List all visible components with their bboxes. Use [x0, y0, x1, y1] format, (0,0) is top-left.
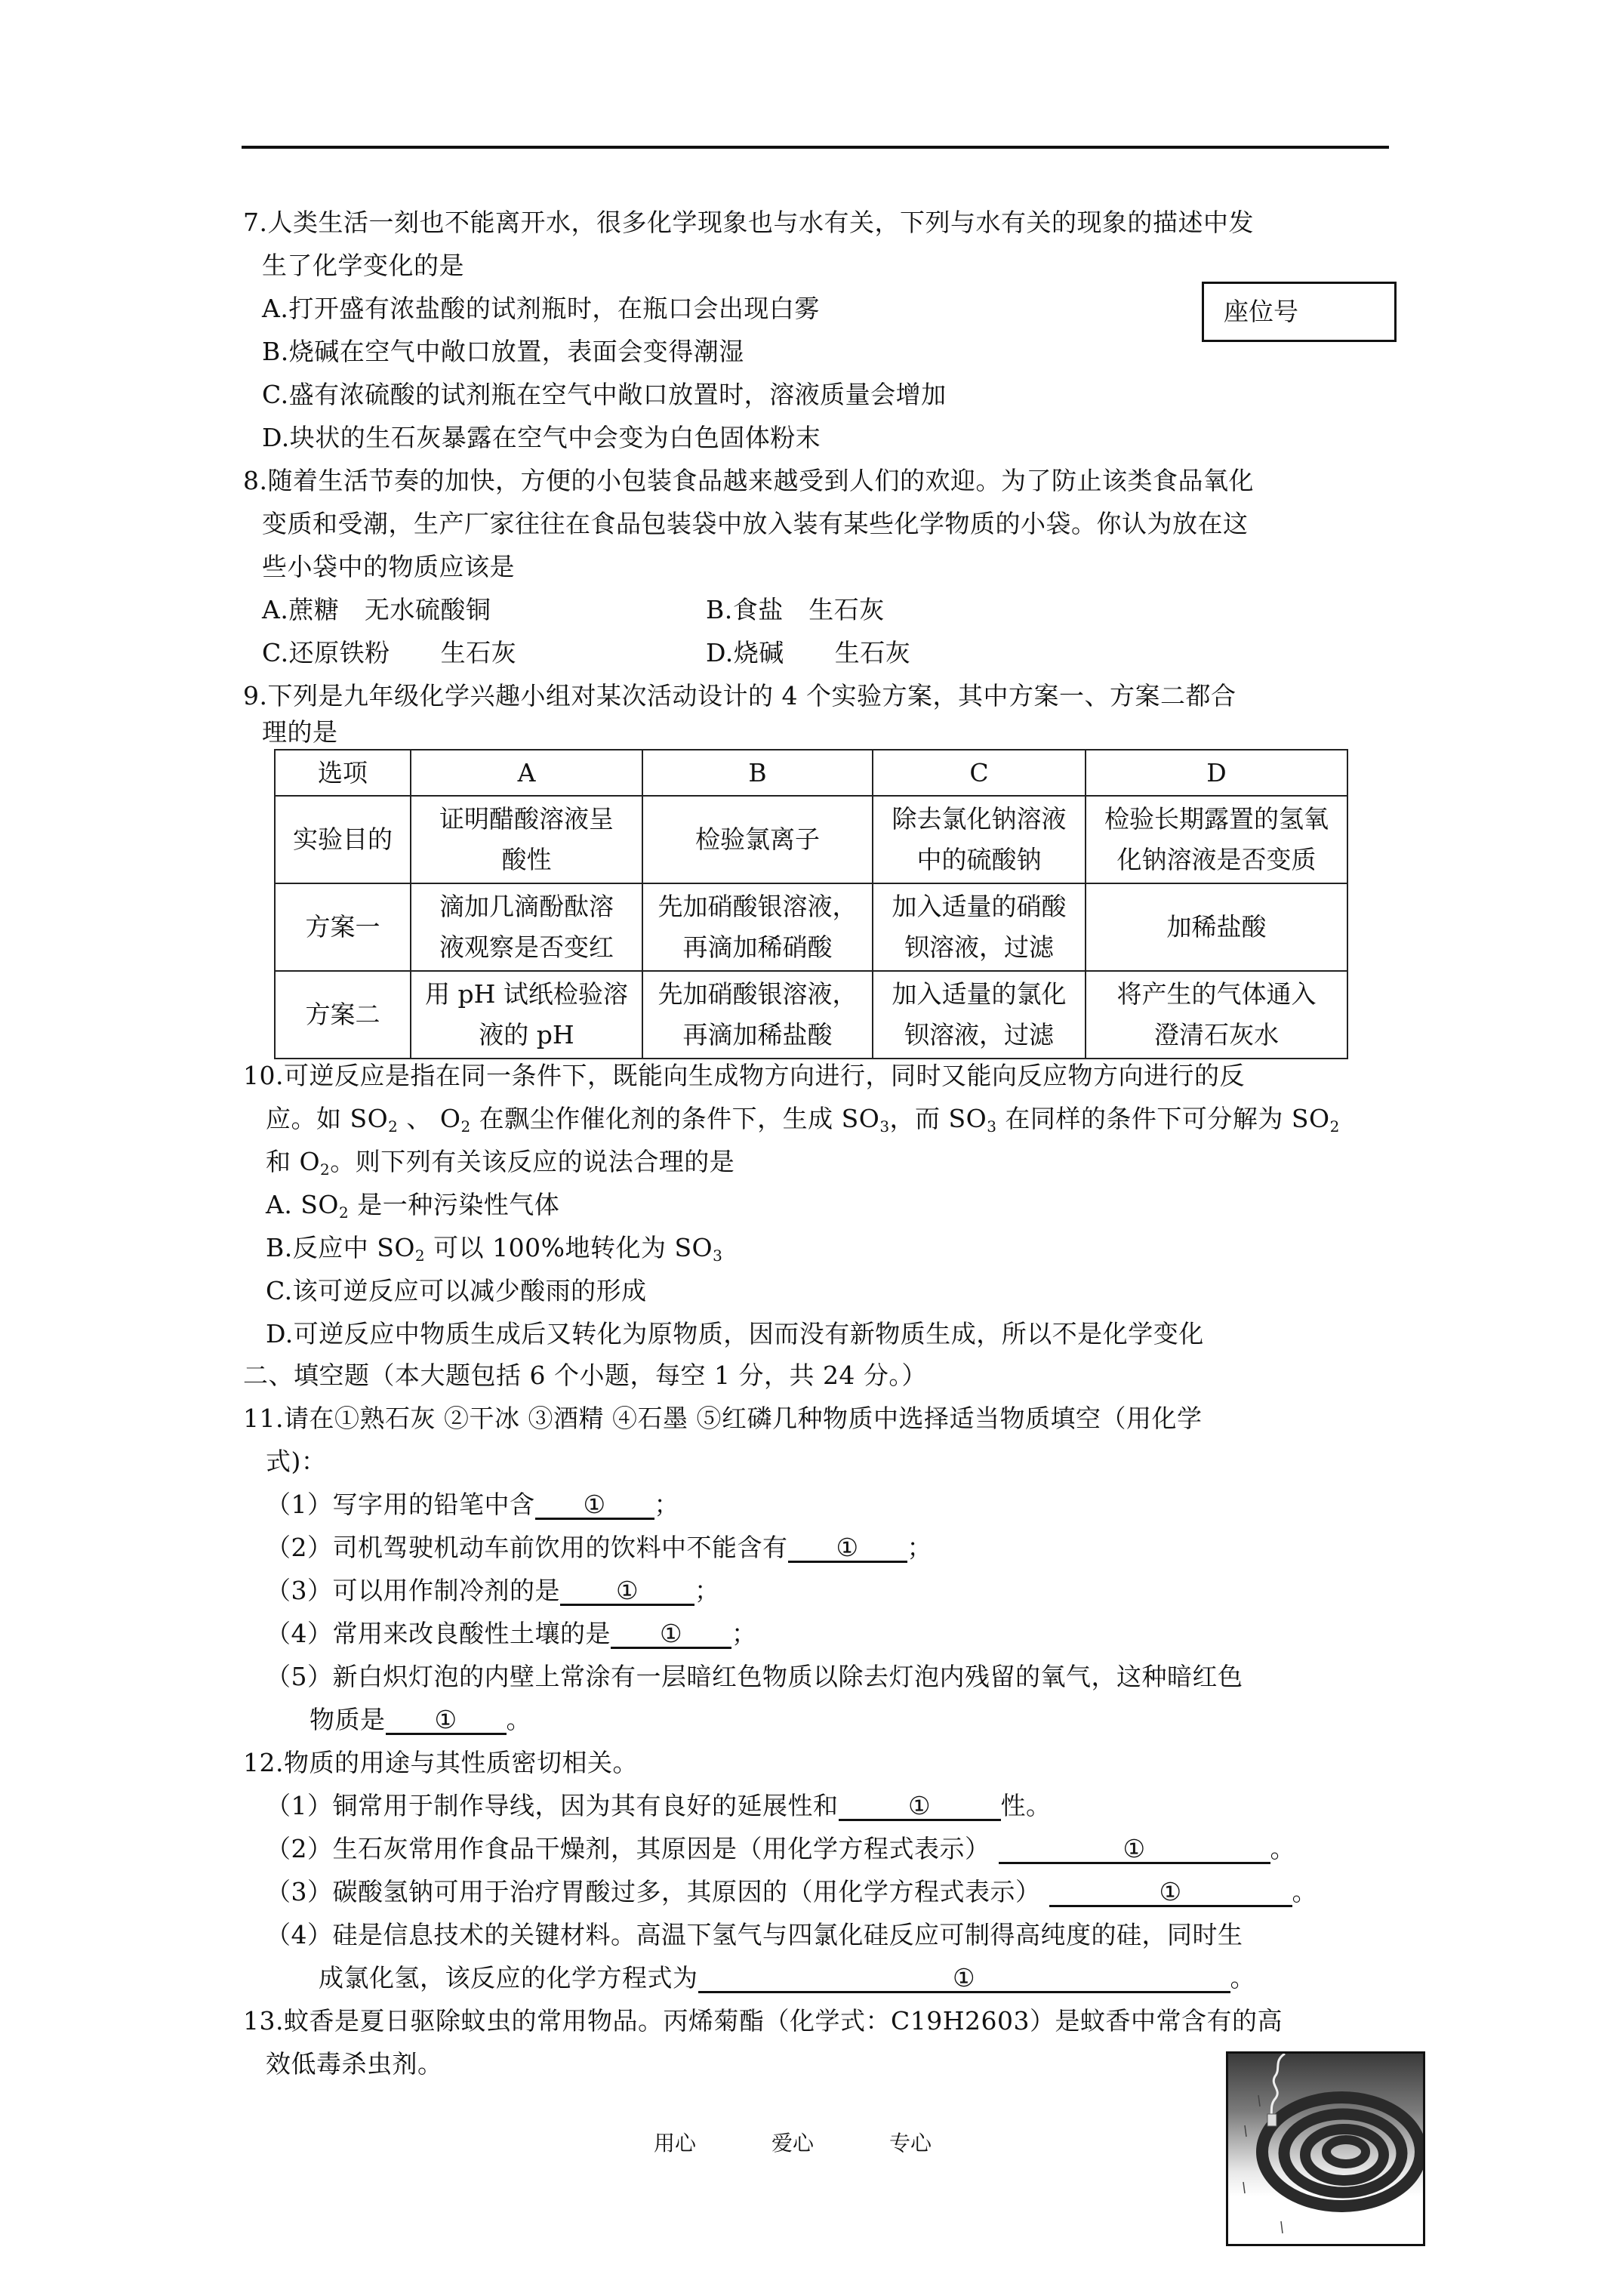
- subscript: 3: [987, 1117, 996, 1136]
- cell-line: 钡溶液，过滤: [875, 927, 1083, 968]
- table-cell: 滴加几滴酚酞溶液观察是否变红: [411, 883, 642, 971]
- q7-option-a: A.打开盛有浓盐酸的试剂瓶时，在瓶口会出现白雾: [262, 294, 820, 324]
- q10-stem-line3: 和 O2。则下列有关该反应的说法合理的是: [266, 1147, 735, 1177]
- blank-mark: ①: [616, 1578, 639, 1604]
- subscript: 2: [1330, 1117, 1340, 1136]
- cell-line: 加入适量的氯化: [875, 974, 1083, 1015]
- q8-option-b: B.食盐 生石灰: [706, 595, 885, 625]
- q11-stem-line2: 式)：: [266, 1447, 326, 1477]
- row-label: 实验目的: [275, 796, 411, 883]
- cell-line: 证明醋酸溶液呈: [413, 799, 640, 840]
- blank-mark: ①: [953, 1965, 975, 1991]
- q12-item-2: （2）生石灰常用作食品干燥剂，其原因是（用化学方程式表示） ①。: [266, 1834, 1295, 1864]
- answer-blank[interactable]: ①: [611, 1621, 731, 1649]
- text-run: 。则下列有关该反应的说法合理的是: [330, 1147, 735, 1176]
- q12-item-4: （4）硅是信息技术的关键材料。高温下氢气与四氯化硅反应可制得高纯度的硅，同时生: [266, 1920, 1243, 1950]
- table-header-cell: D: [1086, 750, 1347, 796]
- table-header-row: 选项 A B C D: [275, 750, 1347, 796]
- q12-stem: 12.物质的用途与其性质密切相关。: [243, 1748, 638, 1778]
- table-header-cell: B: [642, 750, 873, 796]
- footer-item: 爱心: [771, 2131, 814, 2156]
- table-header-cell: A: [411, 750, 642, 796]
- q7-option-c: C.盛有浓硫酸的试剂瓶在空气中敞口放置时，溶液质量会增加: [262, 380, 947, 410]
- cell-line: 液观察是否变红: [413, 927, 640, 968]
- seat-number-box: 座位号: [1202, 282, 1397, 342]
- item-suffix: ；: [731, 1619, 757, 1648]
- table-row: 方案二 用 pH 试纸检验溶液的 pH 先加硝酸银溶液，再滴加稀盐酸 加入适量的…: [275, 971, 1347, 1059]
- section2-title: 二、填空题（本大题包括 6 个小题，每空 1 分，共 24 分。）: [243, 1361, 927, 1391]
- answer-blank[interactable]: ①: [1049, 1879, 1292, 1907]
- table-row: 实验目的 证明醋酸溶液呈酸性 检验氯离子 除去氯化钠溶液中的硫酸钠 检验长期露置…: [275, 796, 1347, 883]
- q11-item-4: （4）常用来改良酸性土壤的是①；: [266, 1619, 757, 1649]
- blank-mark: ①: [908, 1793, 931, 1819]
- table-cell: 先加硝酸银溶液，再滴加稀盐酸: [642, 971, 873, 1059]
- item-text: （5）新白炽灯泡的内壁上常涂有一层暗红色物质以除去灯泡内残留的氧气，这种暗红色: [266, 1662, 1243, 1691]
- table-cell: 除去氯化钠溶液中的硫酸钠: [873, 796, 1086, 883]
- subscript: 2: [339, 1203, 349, 1222]
- item-text: （2）司机驾驶机动车前饮用的饮料中不能含有: [266, 1533, 788, 1562]
- q11-item-1: （1）写字用的铅笔中含①；: [266, 1490, 679, 1520]
- table-cell: 检验长期露置的氢氧化钠溶液是否变质: [1086, 796, 1347, 883]
- q12-item-1: （1）铜常用于制作导线，因为其有良好的延展性和①性。: [266, 1791, 1052, 1821]
- answer-blank[interactable]: ①: [698, 1965, 1230, 1993]
- table-cell: 证明醋酸溶液呈酸性: [411, 796, 642, 883]
- q11-item-5: （5）新白炽灯泡的内壁上常涂有一层暗红色物质以除去灯泡内残留的氧气，这种暗红色: [266, 1662, 1243, 1692]
- q11-item-5-cont: 物质是①。: [310, 1705, 531, 1735]
- text-run: 、 O: [398, 1104, 460, 1133]
- blank-mark: ①: [1123, 1836, 1145, 1862]
- q10-option-c: C.该可逆反应可以减少酸雨的形成: [266, 1276, 647, 1306]
- item-suffix: ；: [907, 1533, 933, 1562]
- text-run: A. SO: [266, 1190, 339, 1219]
- blank-mark: ①: [583, 1492, 605, 1518]
- item-text: （4）常用来改良酸性土壤的是: [266, 1619, 611, 1648]
- table-cell: 用 pH 试纸检验溶液的 pH: [411, 971, 642, 1059]
- blank-mark: ①: [1159, 1879, 1181, 1905]
- cell-line: 滴加几滴酚酞溶: [413, 886, 640, 927]
- q7-option-d: D.块状的生石灰暴露在空气中会变为白色固体粉末: [262, 423, 821, 453]
- cell-line: 检验氯离子: [645, 819, 870, 860]
- subscript: 3: [879, 1117, 889, 1136]
- item-suffix: 。: [1292, 1877, 1318, 1906]
- q12-item-3: （3）碳酸氢钠可用于治疗胃酸过多，其原因的（用化学方程式表示） ①。: [266, 1877, 1317, 1907]
- answer-blank[interactable]: ①: [560, 1578, 694, 1606]
- text-run: 和 O: [266, 1147, 320, 1176]
- q8-option-c: C.还原铁粉 生石灰: [262, 638, 516, 668]
- item-suffix: ；: [694, 1576, 720, 1605]
- answer-blank[interactable]: ①: [386, 1707, 507, 1735]
- q8-stem-line3: 些小袋中的物质应该是: [262, 552, 515, 582]
- text-run: ，而 SO: [890, 1104, 987, 1133]
- q8-option-a: A.蔗糖 无水硫酸铜: [262, 595, 491, 625]
- experiment-table: 选项 A B C D 实验目的 证明醋酸溶液呈酸性 检验氯离子 除去氯化钠溶液中…: [274, 749, 1348, 1059]
- q8-stem-line2: 变质和受潮，生产厂家往往在食品包装袋中放入装有某些化学物质的小袋。你认为放在这: [262, 509, 1249, 539]
- item-suffix: 。: [1230, 1963, 1256, 1992]
- item-text: （1）铜常用于制作导线，因为其有良好的延展性和: [266, 1791, 839, 1820]
- footer-item: 专心: [889, 2131, 932, 2156]
- cell-line: 化钠溶液是否变质: [1088, 840, 1345, 880]
- item-text: （3）碳酸氢钠可用于治疗胃酸过多，其原因的（用化学方程式表示）: [266, 1877, 1041, 1906]
- item-suffix: ；: [654, 1490, 680, 1519]
- q7-stem-line1: 7.人类生活一刻也不能离开水，很多化学现象也与水有关，下列与水有关的现象的描述中…: [243, 208, 1254, 238]
- text-run: 在同样的条件下可分解为 SO: [996, 1104, 1329, 1133]
- text-run: 应。如 SO: [266, 1104, 388, 1133]
- cell-line: 先加硝酸银溶液，: [645, 974, 870, 1015]
- cell-line: 将产生的气体通入: [1088, 974, 1345, 1015]
- q9-stem-line1: 9.下列是九年级化学兴趣小组对某次活动设计的 4 个实验方案，其中方案一、方案二…: [243, 681, 1236, 711]
- item-suffix: 。: [507, 1705, 532, 1734]
- table-cell: 加入适量的硝酸钡溶液，过滤: [873, 883, 1086, 971]
- q11-item-2: （2）司机驾驶机动车前饮用的饮料中不能含有①；: [266, 1533, 932, 1563]
- text-run: 是一种污染性气体: [349, 1190, 559, 1219]
- q7-option-b: B.烧碱在空气中敞口放置，表面会变得潮湿: [262, 337, 744, 367]
- cell-line: 再滴加稀盐酸: [645, 1015, 870, 1056]
- item-text: 物质是: [310, 1705, 386, 1734]
- row-label: 方案二: [275, 971, 411, 1059]
- table-row: 方案一 滴加几滴酚酞溶液观察是否变红 先加硝酸银溶液，再滴加稀硝酸 加入适量的硝…: [275, 883, 1347, 971]
- subscript: 2: [320, 1160, 330, 1179]
- cell-line: 加入适量的硝酸: [875, 886, 1083, 927]
- cell-line: 中的硫酸钠: [875, 840, 1083, 880]
- mosquito-coil-image: [1226, 2051, 1425, 2246]
- table-cell: 加稀盐酸: [1086, 883, 1347, 971]
- blank-mark: ①: [836, 1535, 858, 1561]
- cell-line: 用 pH 试纸检验溶: [413, 974, 640, 1015]
- cell-line: 再滴加稀硝酸: [645, 927, 870, 968]
- q10-option-a: A. SO2 是一种污染性气体: [266, 1190, 559, 1220]
- item-text: 成氯化氢，该反应的化学方程式为: [319, 1963, 698, 1992]
- header-rule: [242, 146, 1389, 149]
- text-run: 可以 100%地转化为 SO: [425, 1233, 713, 1262]
- text-run: 在飘尘作催化剂的条件下，生成 SO: [471, 1104, 880, 1133]
- table-cell: 将产生的气体通入澄清石灰水: [1086, 971, 1347, 1059]
- table-cell: 先加硝酸银溶液，再滴加稀硝酸: [642, 883, 873, 971]
- cell-line: 除去氯化钠溶液: [875, 799, 1083, 840]
- item-text: （3）可以用作制冷剂的是: [266, 1576, 560, 1605]
- q8-option-d: D.烧碱 生石灰: [706, 638, 910, 668]
- mosquito-coil-icon: [1228, 2054, 1423, 2244]
- q8-stem-line1: 8.随着生活节奏的加快，方便的小包装食品越来越受到人们的欢迎。为了防止该类食品氧…: [243, 466, 1254, 496]
- item-suffix: 性。: [1001, 1791, 1052, 1820]
- cell-line: 先加硝酸银溶液，: [645, 886, 870, 927]
- q10-stem-line2: 应。如 SO2 、 O2 在飘尘作催化剂的条件下，生成 SO3，而 SO3 在同…: [266, 1104, 1340, 1134]
- item-suffix: 。: [1270, 1834, 1296, 1863]
- table-cell: 检验氯离子: [642, 796, 873, 883]
- cell-line: 液的 pH: [413, 1015, 640, 1056]
- answer-blank[interactable]: ①: [788, 1535, 907, 1563]
- row-label: 方案一: [275, 883, 411, 971]
- table-header-cell: 选项: [275, 750, 411, 796]
- q10-option-b: B.反应中 SO2 可以 100%地转化为 SO3: [266, 1233, 722, 1263]
- q10-option-d: D.可逆反应中物质生成后又转化为原物质，因而没有新物质生成，所以不是化学变化: [266, 1319, 1204, 1349]
- table-cell: 加入适量的氯化钡溶液，过滤: [873, 971, 1086, 1059]
- q11-stem-line1: 11.请在①熟石灰 ②干冰 ③酒精 ④石墨 ⑤红磷几种物质中选择适当物质填空（用…: [243, 1404, 1202, 1434]
- cell-line: 检验长期露置的氢氧: [1088, 799, 1345, 840]
- q11-item-3: （3）可以用作制冷剂的是①；: [266, 1576, 720, 1606]
- q10-stem-line1: 10.可逆反应是指在同一条件下，既能向生成物方向进行，同时又能向反应物方向进行的…: [243, 1061, 1245, 1091]
- blank-mark: ①: [434, 1707, 457, 1733]
- blank-mark: ①: [660, 1621, 682, 1647]
- item-text: （4）硅是信息技术的关键材料。高温下氢气与四氯化硅反应可制得高纯度的硅，同时生: [266, 1920, 1243, 1949]
- answer-blank[interactable]: ①: [999, 1836, 1270, 1864]
- q7-stem-line2: 生了化学变化的是: [262, 251, 464, 281]
- table-header-cell: C: [873, 750, 1086, 796]
- cell-line: 加稀盐酸: [1088, 907, 1345, 948]
- item-text: （2）生石灰常用作食品干燥剂，其原因是（用化学方程式表示）: [266, 1834, 990, 1863]
- subscript: 2: [415, 1247, 425, 1265]
- footer-item: 用心: [654, 2131, 696, 2156]
- text-run: B.反应中 SO: [266, 1233, 415, 1262]
- answer-blank[interactable]: ①: [839, 1793, 1001, 1821]
- q9-stem-line2: 理的是: [262, 717, 338, 747]
- subscript: 3: [713, 1247, 722, 1265]
- subscript: 2: [388, 1117, 398, 1136]
- seat-number-label: 座位号: [1224, 297, 1298, 326]
- page-footer: 用心爱心专心: [654, 2131, 1007, 2156]
- subscript: 2: [460, 1117, 470, 1136]
- q13-stem-line1: 13.蚊香是夏日驱除蚊虫的常用物品。丙烯菊酯（化学式：C19H2603）是蚊香中…: [243, 2006, 1283, 2036]
- item-text: （1）写字用的铅笔中含: [266, 1490, 535, 1519]
- q12-item-4-cont: 成氯化氢，该反应的化学方程式为①。: [319, 1963, 1255, 1993]
- q13-stem-line2: 效低毒杀虫剂。: [266, 2049, 443, 2079]
- cell-line: 酸性: [413, 840, 640, 880]
- cell-line: 钡溶液，过滤: [875, 1015, 1083, 1056]
- cell-line: 澄清石灰水: [1088, 1015, 1345, 1056]
- answer-blank[interactable]: ①: [535, 1492, 654, 1520]
